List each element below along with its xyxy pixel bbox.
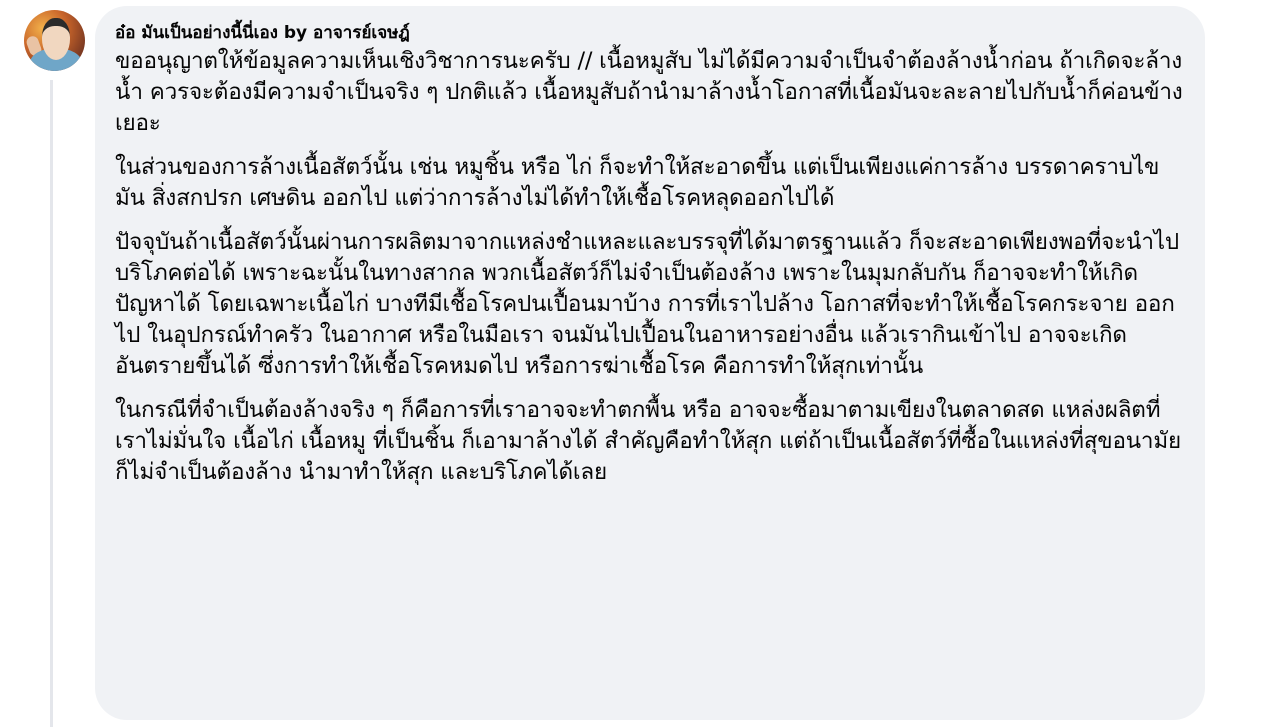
comment-bubble: อ๋อ มันเป็นอย่างนี้นี่เอง by อาจารย์เจษฎ… (95, 6, 1205, 720)
avatar-head-shape (42, 18, 70, 60)
avatar[interactable] (24, 10, 85, 71)
comment-paragraph-3: ปัจจุบันถ้าเนื้อสัตว์นั้นผ่านการผลิตมาจา… (115, 227, 1185, 382)
comment-author-name[interactable]: อ๋อ มันเป็นอย่างนี้นี่เอง by อาจารย์เจษฎ… (115, 20, 1185, 46)
comment-paragraph-2: ในส่วนของการล้างเนื้อสัตว์นั้น เช่น หมูช… (115, 152, 1185, 214)
reply-thread-line (50, 80, 53, 727)
comment-paragraph-4: ในกรณีที่จำเป็นต้องล้างจริง ๆ ก็คือการที… (115, 395, 1185, 488)
comment-paragraph-1: ขออนุญาตให้ข้อมูลความเห็นเชิงวิชาการนะคร… (115, 46, 1185, 139)
